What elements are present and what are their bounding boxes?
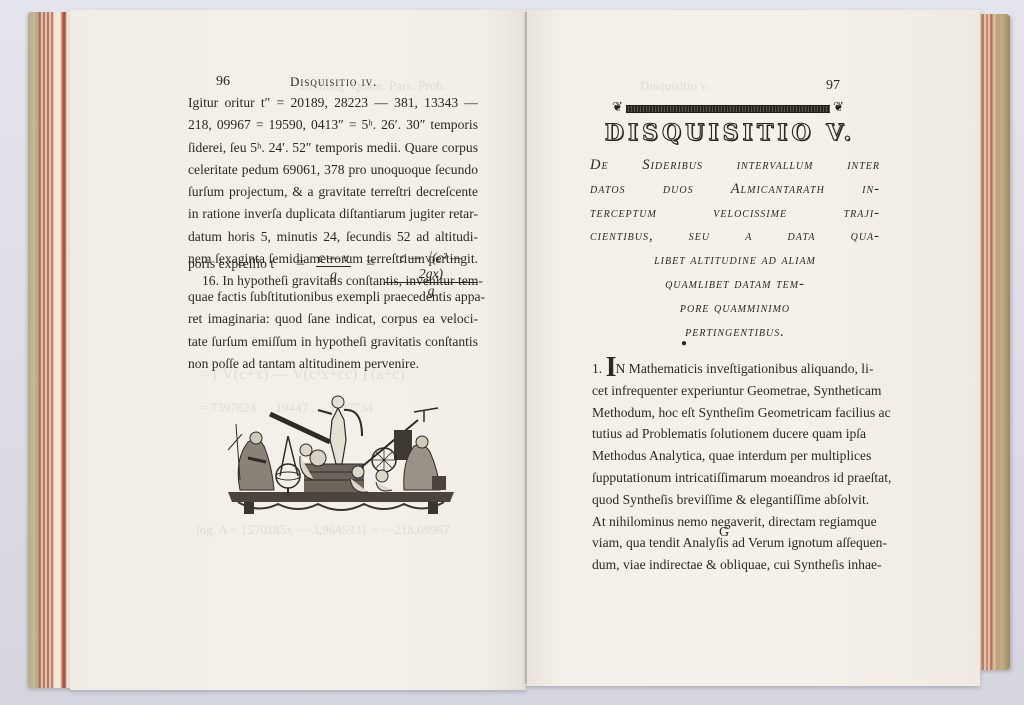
section-number: 1. <box>592 361 602 376</box>
text-line: tutius ad Problematis ſolutionem ducere … <box>592 423 866 445</box>
text-line: in ratione inverſa duplicata diſtantiaru… <box>188 203 478 225</box>
text-line: quod Syntheſis breviſſime & elegantiſſim… <box>592 489 866 511</box>
page-number-right: 97 <box>826 78 840 94</box>
equals-sign: = <box>366 255 375 273</box>
left-page-block-edge <box>28 12 74 688</box>
text-line: non poſſe ad tantam altitudinem pervenir… <box>188 353 478 375</box>
text-line: cet infrequenter experiuntur Geometrae, … <box>592 380 866 402</box>
engraved-vignette-illustration: Engraved vignette: allegorical figures w… <box>218 380 464 520</box>
fraction-1: c — v g <box>316 250 351 283</box>
right-page-block-edge <box>978 14 1010 670</box>
subtitle-line: De Sideribus intervallum inter <box>590 154 880 178</box>
book-gutter <box>525 12 527 684</box>
text-line: Methodus Analytica, quae interdum per mu… <box>592 445 866 467</box>
subtitle-line: pertingentibus. <box>590 321 880 345</box>
decorative-dot: ● <box>681 338 687 349</box>
bleed-through-formula: log. A = 1570185x — 3,9645931 = —218,099… <box>196 522 450 538</box>
decorative-rule-ornament: ❦ ❦ <box>612 102 844 114</box>
right-body-text: 1. IN Mathematicis inveſtigationibus ali… <box>592 358 866 576</box>
text-line: quae factis ſubſtitutionibus exempli pra… <box>188 286 478 308</box>
subtitle-line: terceptum velocissime traji- <box>590 202 880 226</box>
text-line: Igitur oritur t″ = 20189, 28223 — 381, 1… <box>188 92 478 114</box>
text-line: tate ſurſum emiſſum in hypotheſi gravita… <box>188 331 478 353</box>
text-line: Methodum, hoc eſt Syntheſim Geometricam … <box>592 402 866 424</box>
bleed-through-text: Disquisitio v. <box>640 78 709 94</box>
subtitle-line: quamlibet datam tem- <box>590 273 880 297</box>
open-book: De Insig. Quam. Pars. Prob. = [ V(c+x) —… <box>0 0 1024 705</box>
drop-cap: I <box>606 352 616 383</box>
text-line: celeritate pedum 69061, 378 pro unoquoqu… <box>188 159 478 181</box>
page-number-left: 96 <box>216 74 230 90</box>
text-line: ſiderei, ſeu 5ʰ. 24′. 52″ temporis medii… <box>188 137 478 159</box>
equals-sign: = <box>296 255 305 273</box>
text-line: 218, 09967 = 19590, 0413″ = 5ʰ. 26′. 30″… <box>188 114 478 136</box>
left-paragraph-2: quae factis ſubſtitutionibus exempli pra… <box>188 286 478 375</box>
text-line: datum horis 5, minutis 24, ſecundis 52 a… <box>188 226 478 248</box>
subtitle-line: libet altitudine ad aliam <box>590 249 880 273</box>
time-expression-formula: poris expreſſio t = c — v g = c — √(c² —… <box>188 250 478 290</box>
subtitle-line: datos duos Almicantarath in- <box>590 178 880 202</box>
text-line: ſurſum projectum, & a gravitate terreſtr… <box>188 181 478 203</box>
text-line: dum, viae indirectae & obliquae, cui Syn… <box>592 554 866 576</box>
signature-mark: G <box>719 525 729 541</box>
fleuron-icon: ❦ <box>612 99 623 115</box>
chapter-subtitle: De Sideribus intervallum inter datos duo… <box>590 154 880 344</box>
formula-lead-text: poris expreſſio t <box>188 256 274 272</box>
text-line: ſupputationum intricatiſſimarum moeandro… <box>592 467 866 489</box>
running-head-left: Disquisitio iv. <box>290 74 377 90</box>
subtitle-line: pore quamminimo <box>590 297 880 321</box>
fleuron-icon: ❦ <box>833 99 844 115</box>
text-line: ret imaginaria: quod ſane indicat, corpu… <box>188 308 478 330</box>
subtitle-line: cientibus, seu a data qua- <box>590 225 880 249</box>
text-line-first: 1. IN Mathematicis inveſtigationibus ali… <box>592 358 866 380</box>
chapter-title: DISQUISITIO V. <box>596 120 864 146</box>
